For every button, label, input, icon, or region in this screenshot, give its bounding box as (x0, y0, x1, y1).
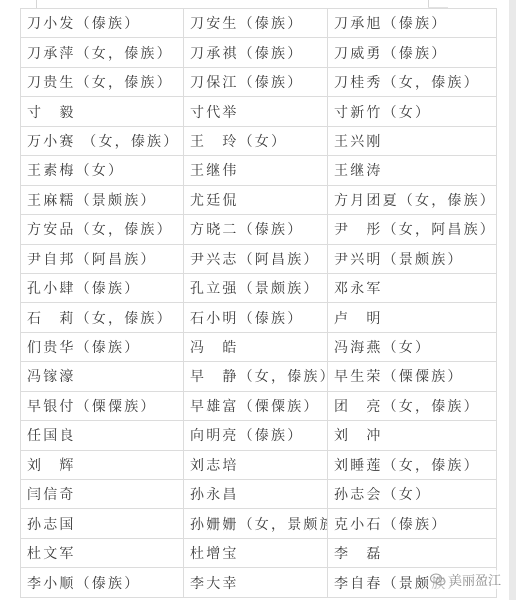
name-cell: 尹兴明（景颇族） (328, 244, 497, 273)
name-cell: 刀承旭（傣族） (328, 9, 497, 38)
name-cell: 石小明（傣族） (184, 303, 328, 332)
name-cell: 刘 辉 (21, 450, 184, 479)
table-row: 尹自邦（阿昌族）尹兴志（阿昌族）尹兴明（景颇族） (21, 244, 497, 273)
name-cell: 杜增宝 (184, 538, 328, 567)
name-cell: 孔小肆（傣族） (21, 273, 184, 302)
name-cell: 们贵华（傣族） (21, 332, 184, 361)
name-cell: 方安品（女，傣族） (21, 215, 184, 244)
name-cell: 寸新竹（女） (328, 97, 497, 126)
name-cell: 尤廷侃 (184, 185, 328, 214)
name-cell: 刘 冲 (328, 421, 497, 450)
name-cell: 邓永军 (328, 273, 497, 302)
table-row: 任国良向明亮（傣族）刘 冲 (21, 421, 497, 450)
table-row: 刀贵生（女，傣族）刀保江（傣族）刀桂秀（女，傣族） (21, 67, 497, 96)
name-cell: 寸 毅 (21, 97, 184, 126)
name-list-body: 刀小发（傣族）刀安生（傣族）刀承旭（傣族）刀承萍（女，傣族）刀承祺（傣族）刀威勇… (21, 9, 497, 598)
name-cell: 寸代举 (184, 97, 328, 126)
name-cell: 方晓二（傣族） (184, 215, 328, 244)
wechat-icon (430, 573, 446, 587)
name-cell: 刀小发（傣族） (21, 9, 184, 38)
name-cell: 尹自邦（阿昌族） (21, 244, 184, 273)
name-cell: 闫信奇 (21, 480, 184, 509)
page-margin-mark-left (36, 0, 37, 8)
name-cell: 李 磊 (328, 538, 497, 567)
name-cell: 早生荣（傈僳族） (328, 362, 497, 391)
name-cell: 王 玲（女） (184, 126, 328, 155)
table-row: 杜文军杜增宝李 磊 (21, 538, 497, 567)
name-cell: 刀承萍（女，傣族） (21, 38, 184, 67)
table-row: 早银付（傈僳族）早雄富（傈僳族）团 亮（女，傣族） (21, 391, 497, 420)
name-cell: 克小石（傣族） (328, 509, 497, 538)
name-cell: 李大幸 (184, 568, 328, 597)
table-row: 刀承萍（女，傣族）刀承祺（傣族）刀威勇（傣族） (21, 38, 497, 67)
name-cell: 孙姗姗（女，景颇族） (184, 509, 328, 538)
name-cell: 刀保江（傣族） (184, 67, 328, 96)
table-row: 冯镓濠早 静（女，傣族）早生荣（傈僳族） (21, 362, 497, 391)
name-cell: 刀贵生（女，傣族） (21, 67, 184, 96)
table-row: 万小赛 （女，傣族）王 玲（女）王兴刚 (21, 126, 497, 155)
table-row: 孔小肆（傣族）孔立强（景颇族）邓永军 (21, 273, 497, 302)
name-cell: 刘志培 (184, 450, 328, 479)
name-cell: 杜文军 (21, 538, 184, 567)
table-row: 王麻糯（景颇族）尤廷侃方月团夏（女，傣族） (21, 185, 497, 214)
name-cell: 刀安生（傣族） (184, 9, 328, 38)
name-cell: 方月团夏（女，傣族） (328, 185, 497, 214)
name-cell: 万小赛 （女，傣族） (21, 126, 184, 155)
name-cell: 早银付（傈僳族） (21, 391, 184, 420)
table-row: 孙志国孙姗姗（女，景颇族）克小石（傣族） (21, 509, 497, 538)
table-row: 石 莉（女，傣族）石小明（傣族）卢 明 (21, 303, 497, 332)
name-cell: 冯 皓 (184, 332, 328, 361)
name-cell: 早雄富（傈僳族） (184, 391, 328, 420)
name-cell: 石 莉（女，傣族） (21, 303, 184, 332)
table-row: 闫信奇孙永昌孙志会（女） (21, 480, 497, 509)
name-cell: 孙志国 (21, 509, 184, 538)
scrollbar[interactable] (509, 0, 516, 600)
name-cell: 孙永昌 (184, 480, 328, 509)
name-cell: 孙志会（女） (328, 480, 497, 509)
table-row: 寸 毅寸代举寸新竹（女） (21, 97, 497, 126)
name-cell: 尹 彤（女，阿昌族） (328, 215, 497, 244)
table-row: 刀小发（傣族）刀安生（傣族）刀承旭（傣族） (21, 9, 497, 38)
name-cell: 冯海燕（女） (328, 332, 497, 361)
table-row: 王素梅（女）王继伟王继涛 (21, 156, 497, 185)
table-row: 李小顺（傣族）李大幸李自春（景颇族） (21, 568, 497, 597)
name-list-table: 刀小发（傣族）刀安生（傣族）刀承旭（傣族）刀承萍（女，傣族）刀承祺（傣族）刀威勇… (20, 8, 497, 598)
name-list-table-container: 刀小发（傣族）刀安生（傣族）刀承旭（傣族）刀承萍（女，傣族）刀承祺（傣族）刀威勇… (20, 8, 496, 598)
name-cell: 卢 明 (328, 303, 497, 332)
name-cell: 王兴刚 (328, 126, 497, 155)
name-cell: 刘睡莲（女，傣族） (328, 450, 497, 479)
table-row: 方安品（女，傣族）方晓二（傣族）尹 彤（女，阿昌族） (21, 215, 497, 244)
name-cell: 王素梅（女） (21, 156, 184, 185)
name-cell: 王继涛 (328, 156, 497, 185)
name-cell: 刀威勇（傣族） (328, 38, 497, 67)
name-cell: 冯镓濠 (21, 362, 184, 391)
name-cell: 任国良 (21, 421, 184, 450)
name-cell: 李小顺（傣族） (21, 568, 184, 597)
name-cell: 孔立强（景颇族） (184, 273, 328, 302)
name-cell: 向明亮（傣族） (184, 421, 328, 450)
name-cell: 早 静（女，傣族） (184, 362, 328, 391)
name-cell: 王麻糯（景颇族） (21, 185, 184, 214)
name-cell: 团 亮（女，傣族） (328, 391, 497, 420)
name-cell: 王继伟 (184, 156, 328, 185)
name-cell: 刀桂秀（女，傣族） (328, 67, 497, 96)
watermark-text: 美丽盈江 (449, 570, 501, 589)
name-cell: 刀承祺（傣族） (184, 38, 328, 67)
table-row: 们贵华（傣族）冯 皓冯海燕（女） (21, 332, 497, 361)
watermark: 美丽盈江 (428, 570, 503, 589)
table-row: 刘 辉刘志培刘睡莲（女，傣族） (21, 450, 497, 479)
name-cell: 尹兴志（阿昌族） (184, 244, 328, 273)
